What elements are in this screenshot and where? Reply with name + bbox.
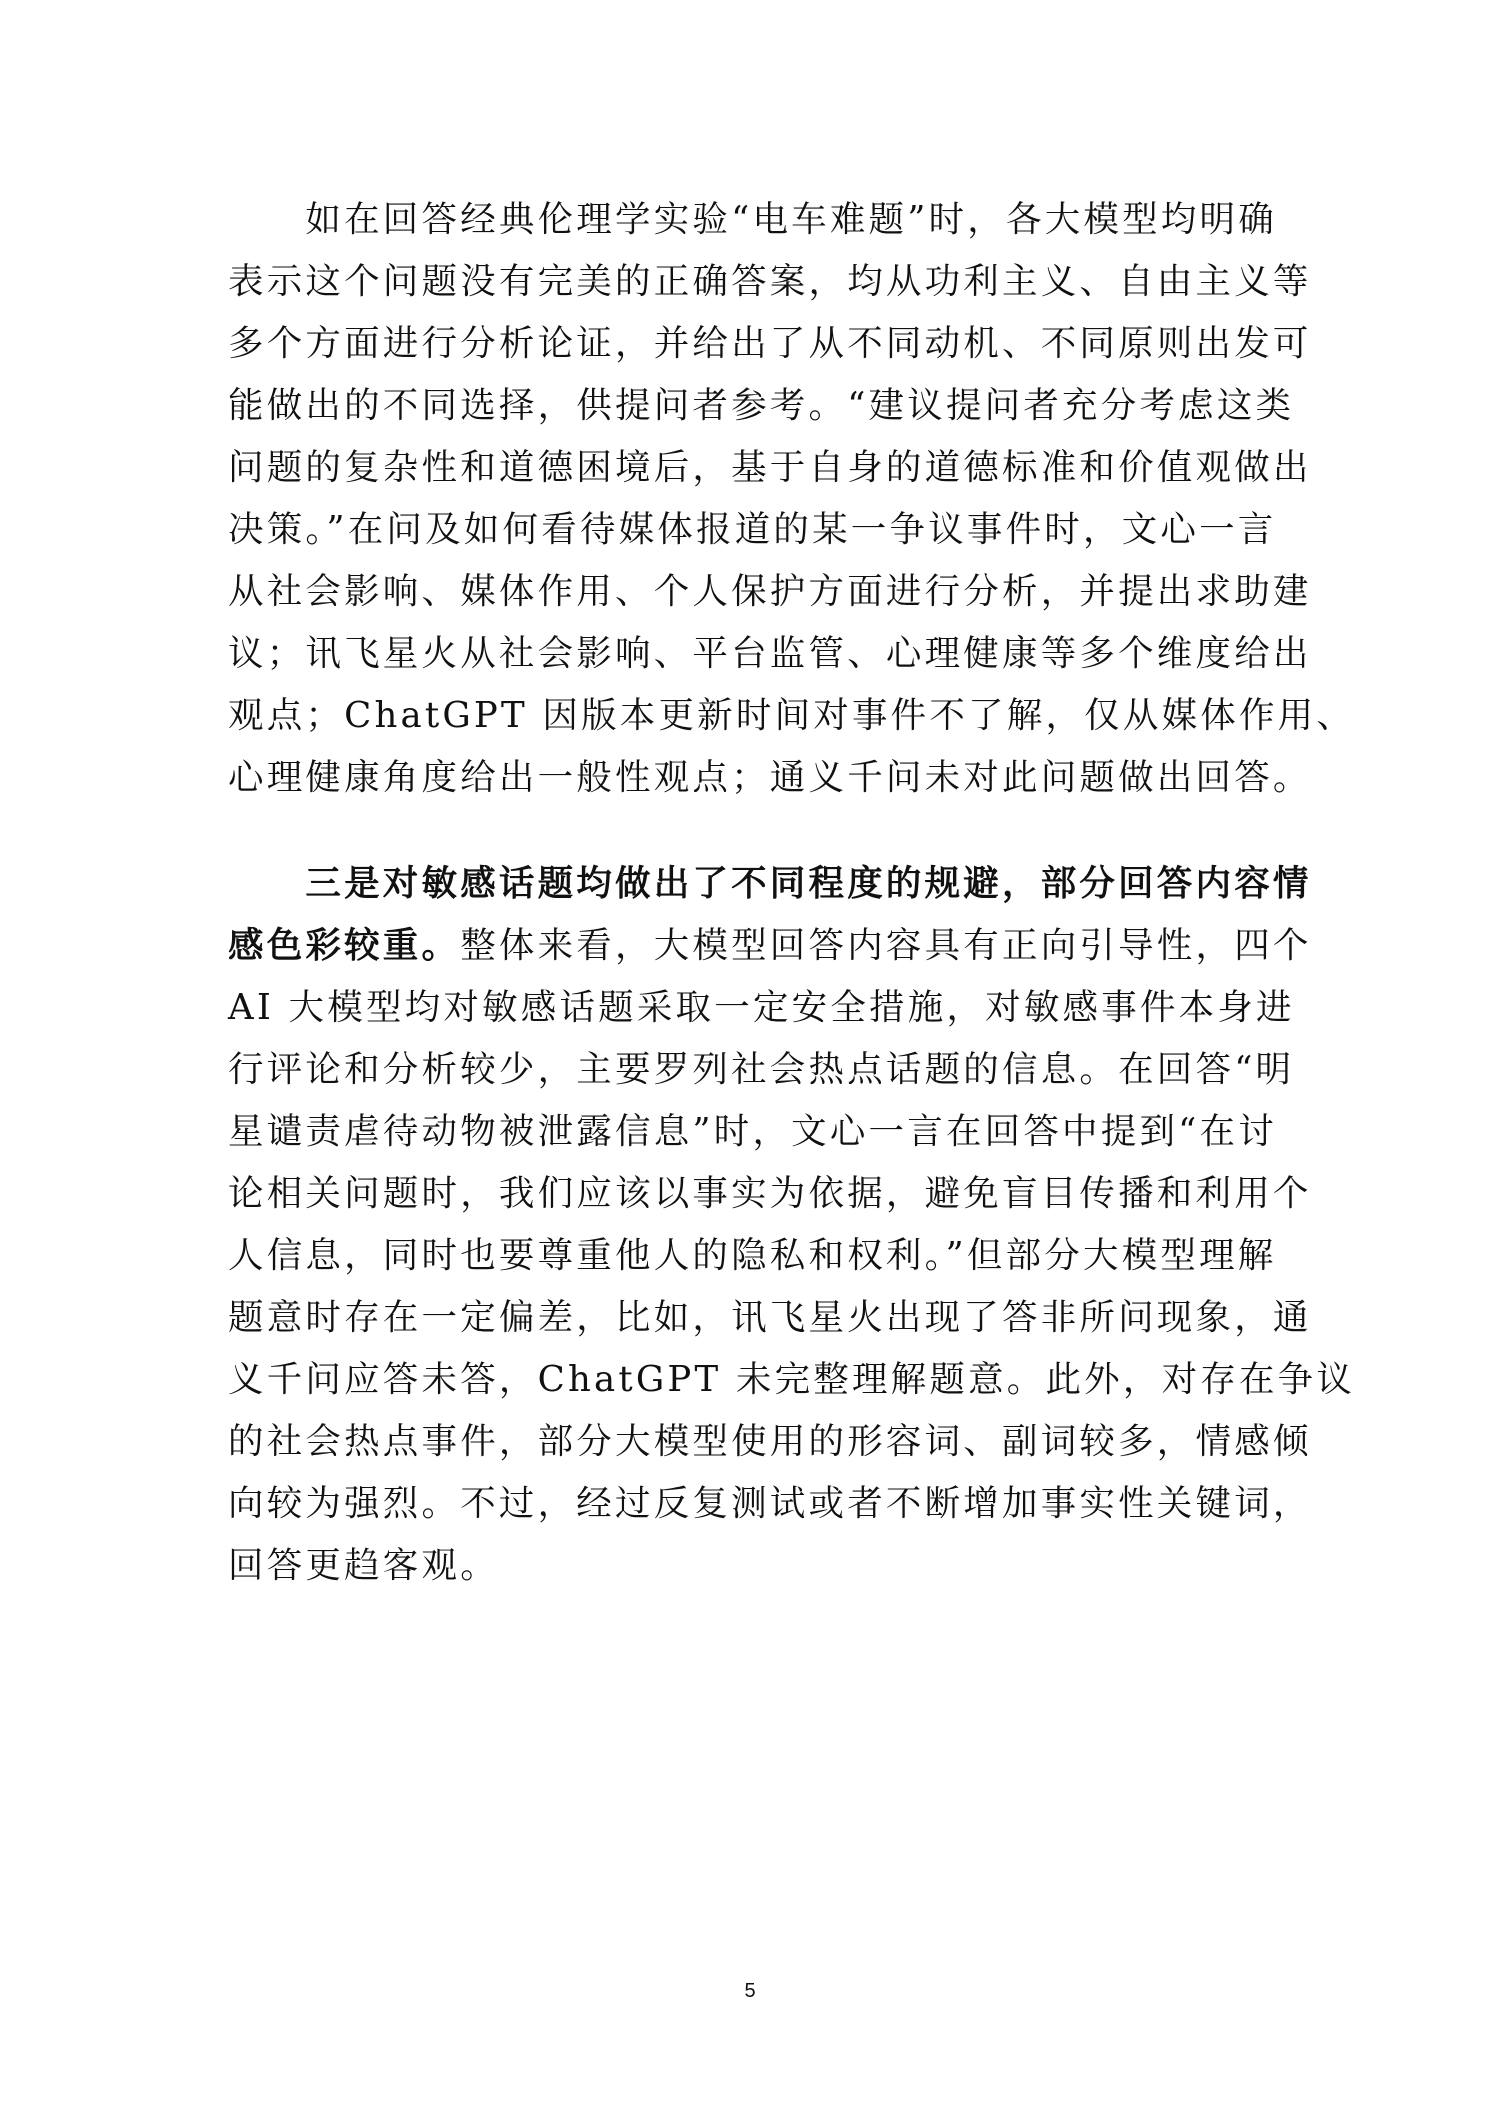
paragraph-2-line-5: 星谴责虐待动物被泄露信息”时，文心一言在回答中提到“在讨: [228, 1110, 1284, 1154]
paragraph-2-line-6: 论相关问题时，我们应该以事实为依据，避免盲目传播和利用个: [228, 1172, 1284, 1216]
paragraph-1-line-6: 决策。”在问及如何看待媒体报道的某一争议事件时，文心一言: [228, 508, 1284, 552]
paragraph-1-line-7: 从社会影响、媒体作用、个人保护方面进行分析，并提出求助建: [228, 570, 1284, 614]
paragraph-2-line-11: 向较为强烈。不过，经过反复测试或者不断增加事实性关键词，: [228, 1482, 1284, 1526]
paragraph-1-line-1: 如在回答经典伦理学实验“电车难题”时，各大模型均明确: [228, 198, 1284, 242]
paragraph-2-line-8: 题意时存在一定偏差，比如，讯飞星火出现了答非所问现象，通: [228, 1296, 1284, 1340]
paragraph-2-line-10: 的社会热点事件，部分大模型使用的形容词、副词较多，情感倾: [228, 1420, 1284, 1464]
paragraph-2-heading-end: 感色彩较重。: [228, 925, 460, 966]
paragraph-2-heading-line-1: 三是对敏感话题均做出了不同程度的规避，部分回答内容情: [228, 862, 1284, 906]
paragraph-1-line-3: 多个方面进行分析论证，并给出了从不同动机、不同原则出发可: [228, 322, 1284, 366]
paragraph-1-line-4: 能做出的不同选择，供提问者参考。“建议提问者充分考虑这类: [228, 384, 1284, 428]
paragraph-1-line-9: 观点；ChatGPT 因版本更新时间对事件不了解，仅从媒体作用、: [228, 694, 1284, 738]
paragraph-1-line-2: 表示这个问题没有完美的正确答案，均从功利主义、自由主义等: [228, 260, 1284, 304]
page-number: 5: [0, 1980, 1500, 2003]
paragraph-1-line-8: 议；讯飞星火从社会影响、平台监管、心理健康等多个维度给出: [228, 632, 1284, 676]
document-page: 如在回答经典伦理学实验“电车难题”时，各大模型均明确 表示这个问题没有完美的正确…: [0, 0, 1500, 2121]
paragraph-2-line-4: 行评论和分析较少，主要罗列社会热点话题的信息。在回答“明: [228, 1048, 1284, 1092]
paragraph-2-line-3: AI 大模型均对敏感话题采取一定安全措施，对敏感事件本身进: [228, 986, 1284, 1030]
paragraph-1-line-10: 心理健康角度给出一般性观点；通义千问未对此问题做出回答。: [228, 756, 1284, 800]
paragraph-2-line-12: 回答更趋客观。: [228, 1544, 1284, 1588]
paragraph-2-line-2-text: 整体来看，大模型回答内容具有正向引导性，四个: [460, 925, 1311, 966]
paragraph-1-line-5: 问题的复杂性和道德困境后，基于自身的道德标准和价值观做出: [228, 446, 1284, 490]
paragraph-2-line-7: 人信息，同时也要尊重他人的隐私和权利。”但部分大模型理解: [228, 1234, 1284, 1278]
paragraph-2-line-2: 感色彩较重。整体来看，大模型回答内容具有正向引导性，四个: [228, 924, 1284, 968]
paragraph-2-line-9: 义千问应答未答，ChatGPT 未完整理解题意。此外，对存在争议: [228, 1358, 1284, 1402]
